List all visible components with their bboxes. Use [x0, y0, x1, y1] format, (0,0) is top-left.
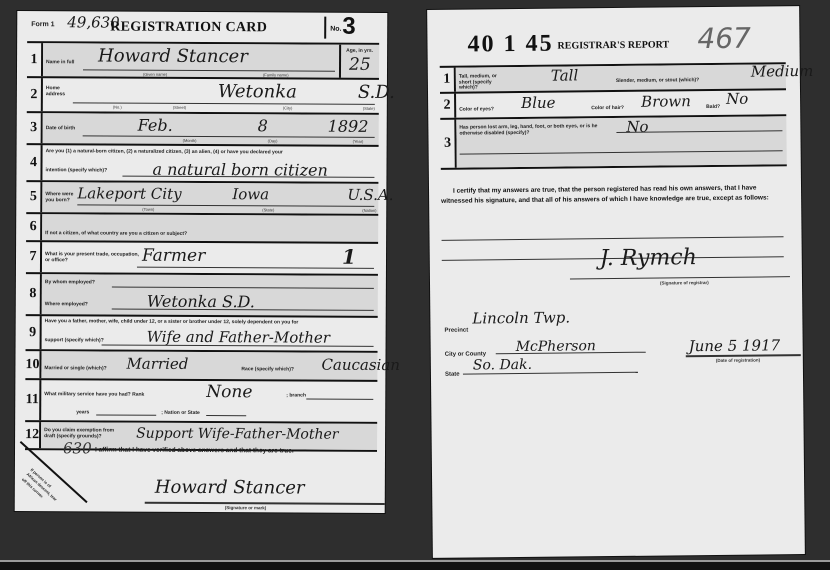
field-line — [306, 399, 373, 400]
field-line — [206, 415, 246, 416]
signature-caption: (Signature or mark) — [225, 505, 267, 510]
row-date-of-birth: 3 Date of birth Feb. 8 1892 (Month) (Day… — [27, 111, 379, 145]
signature-line — [145, 502, 385, 505]
row-dependents: 9 Have you a father, mother, wife, child… — [26, 314, 378, 351]
military-answer: None — [206, 382, 252, 402]
birth-town: Lakeport City — [77, 184, 181, 203]
sub-caption: (Month) — [183, 138, 197, 143]
sub-caption: (State) — [363, 106, 375, 111]
row-body: Are you (1) a natural-born citizen, (2) … — [42, 145, 378, 182]
hair-color-answer: Brown — [641, 92, 691, 111]
marital-answer: Married — [126, 355, 188, 373]
date-line — [686, 354, 801, 357]
question-rows: 1 Name in full Howard Stancer (Given nam… — [25, 41, 379, 452]
field-line — [102, 344, 374, 346]
row-birthplace: 5 Where were you born? Lakeport City Iow… — [26, 180, 378, 214]
row-number: 7 — [26, 242, 42, 272]
row-number: 11 — [25, 380, 41, 420]
row-number: 2 — [440, 94, 456, 118]
field-label: Bald? — [706, 105, 720, 111]
field-label: Color of eyes? — [459, 107, 494, 113]
registrar-caption: (Signature of registrar) — [660, 280, 709, 286]
card-number-label: No. — [330, 26, 341, 33]
age-box: Age, in yrs. 25 — [339, 45, 379, 78]
registration-card: Form 1 49,630 REGISTRATION CARD No. 3 1 … — [15, 11, 388, 513]
report-number: 40 1 45 — [467, 31, 553, 59]
row-number: 3 — [27, 113, 43, 143]
row-number: 1 — [440, 68, 456, 92]
row-number: 1 — [27, 43, 43, 76]
field-label: years — [76, 410, 89, 416]
report-stamp: 467 — [697, 22, 751, 56]
row-body: Name in full Howard Stancer (Given name)… — [43, 43, 379, 78]
occupation-mark: 1 — [342, 245, 356, 269]
birth-nation: U.S.A. — [347, 186, 393, 204]
date-caption: (Date of registration) — [716, 357, 760, 362]
build-answer: Medium — [751, 62, 814, 81]
row-body: Where were you born? Lakeport City Iowa … — [42, 182, 378, 214]
field-label: Do you claim exemption from draft (speci… — [44, 428, 124, 439]
field-label: Married or single (which)? — [44, 366, 106, 372]
registrant-signature: Howard Stancer — [155, 477, 305, 499]
field-line — [83, 69, 335, 71]
row-number: 2 — [27, 78, 43, 111]
row-number: 8 — [26, 274, 42, 314]
race-answer: Caucasian — [321, 356, 400, 374]
exception-line — [442, 236, 784, 241]
sub-caption: (State) — [262, 207, 274, 212]
row-foreign-citizenship: 6 If not a citizen, of what country are … — [26, 212, 378, 242]
field-line — [112, 287, 374, 289]
row-body: Tall, medium, or short (specify which)? … — [456, 64, 786, 91]
row-body: Married or single (which)? Married Race … — [41, 351, 377, 380]
field-label: Where employed? — [45, 302, 88, 308]
row-body: If not a citizen, of what country are yo… — [42, 214, 378, 242]
form-label: Form 1 — [31, 21, 54, 29]
question-text: Have you a father, mother, wife, child u… — [45, 319, 299, 326]
row-name: 1 Name in full Howard Stancer (Given nam… — [27, 41, 379, 78]
scanner-bottom-edge — [0, 560, 830, 570]
field-label: ; branch — [286, 393, 306, 399]
field-label: If not a citizen, of what country are yo… — [45, 231, 187, 237]
row-body: Has person lost arm, leg, hand, foot, or… — [456, 116, 786, 167]
row-body: Date of birth Feb. 8 1892 (Month) (Day) … — [43, 113, 379, 145]
field-label: Name in full — [46, 60, 74, 66]
sub-caption: (No.) — [113, 105, 122, 110]
card-number-value: 3 — [342, 13, 356, 41]
row-citizenship: 4 Are you (1) a natural-born citizen, (2… — [26, 143, 378, 182]
field-label: Date of birth — [46, 126, 75, 132]
question-text: Are you (1) a natural-born citizen, (2) … — [46, 149, 283, 156]
field-line — [96, 414, 156, 415]
state-label: State — [445, 372, 460, 379]
exemption-answer: Support Wife-Father-Mother — [136, 426, 338, 443]
occupation-answer: Farmer — [142, 246, 205, 266]
sub-caption: (Nation) — [362, 208, 376, 213]
row-occupation: 7 What is your present trade, occupation… — [26, 240, 378, 274]
field-label: Tall, medium, or short (specify which)? — [459, 74, 509, 91]
field-line — [83, 135, 375, 138]
state-value: So. Dak. — [473, 357, 532, 374]
dependents-answer: Wife and Father-Mother — [147, 328, 330, 347]
card-number-box: No. 3 — [324, 17, 366, 39]
sub-caption: (Town) — [142, 207, 154, 212]
row-height-build: 1 Tall, medium, or short (specify which)… — [440, 62, 786, 92]
field-label: What military service have you had? Rank — [44, 392, 144, 398]
affirmation-number: 630 — [63, 439, 92, 457]
birth-year: 1892 — [328, 117, 369, 136]
certification-text: I certify that my answers are true, that… — [441, 183, 783, 207]
bald-answer: No — [726, 90, 748, 108]
field-line — [77, 204, 374, 207]
row-disability: 3 Has person lost arm, leg, hand, foot, … — [440, 114, 787, 170]
row-body: By whom employed? Where employed? Wetonk… — [42, 274, 378, 316]
registrar-report-card: 40 1 45 REGISTRAR'S REPORT 467 1 Tall, m… — [427, 6, 805, 558]
field-label: Slender, medium, or stout (which)? — [616, 78, 699, 84]
field-line — [460, 150, 783, 154]
field-label: By whom employed? — [45, 280, 95, 286]
registration-date: June 5 1917 — [689, 336, 781, 355]
report-rows: 1 Tall, medium, or short (specify which)… — [440, 62, 787, 170]
birth-state: Iowa — [232, 185, 269, 203]
row-number: 12 — [25, 422, 41, 448]
field-label: Race (specify which)? — [241, 367, 294, 373]
report-header: 40 1 45 REGISTRAR'S REPORT 467 — [427, 6, 799, 55]
sub-caption: (Street) — [173, 105, 186, 110]
row-military-service: 11 What military service have you had? R… — [25, 378, 377, 422]
registrar-signature: J. Rymch — [600, 245, 697, 271]
field-label: Color of hair? — [591, 106, 624, 112]
address-state: S.D. — [358, 82, 395, 103]
row-body: What military service have you had? Rank… — [41, 380, 377, 422]
field-label: Where were you born? — [45, 192, 75, 203]
precinct-label: Precinct — [444, 328, 468, 335]
report-title: REGISTRAR'S REPORT — [557, 39, 669, 51]
row-body: Color of eyes? Blue Color of hair? Brown… — [456, 90, 786, 117]
height-answer: Tall — [551, 66, 579, 84]
row-body: What is your present trade, occupation, … — [42, 242, 378, 274]
field-label: Has person lost arm, leg, hand, foot, or… — [459, 124, 599, 136]
disability-answer: No — [626, 118, 648, 136]
card-header: Form 1 49,630 REGISTRATION CARD No. 3 — [17, 11, 387, 43]
age-value: 25 — [349, 55, 371, 75]
age-label: Age, in yrs. — [346, 49, 373, 55]
card-title: REGISTRATION CARD — [110, 20, 267, 37]
sub-caption: (City) — [283, 105, 293, 110]
registrar-signature-line — [570, 276, 790, 279]
row-number: 10 — [25, 351, 41, 378]
field-line — [137, 267, 374, 269]
birth-month: Feb. — [138, 116, 173, 135]
precinct-value: Lincoln Twp. — [472, 308, 570, 327]
address-city: Wetonka — [218, 81, 297, 102]
row-home-address: 2 Home address Wetonka S.D. (No.) (Stree… — [27, 76, 379, 113]
field-label: support (specify which)? — [45, 338, 104, 344]
eye-color-answer: Blue — [521, 94, 556, 112]
row-body: Have you a father, mother, wife, child u… — [42, 316, 378, 351]
row-number: 3 — [440, 120, 457, 168]
row-employer: 8 By whom employed? Where employed? Weto… — [26, 272, 378, 316]
field-label: What is your present trade, occupation, … — [45, 252, 140, 263]
row-number: 4 — [26, 145, 42, 180]
sub-caption: (Day) — [268, 138, 278, 143]
row-number: 5 — [26, 182, 42, 212]
birth-day: 8 — [258, 116, 268, 135]
row-number: 9 — [26, 316, 42, 349]
field-label: ; Nation or State — [161, 411, 200, 417]
sub-caption: (Year) — [353, 139, 364, 144]
row-marital-race: 10 Married or single (which)? Married Ra… — [25, 349, 377, 380]
row-number: 6 — [26, 214, 42, 240]
field-label: Home address — [46, 86, 74, 97]
name-answer: Howard Stancer — [98, 45, 248, 67]
row-body: Home address Wetonka S.D. (No.) (Street)… — [43, 78, 379, 113]
field-label: intention (specify which)? — [45, 168, 107, 174]
affirmation-text: I affirm that I have verified above answ… — [95, 446, 294, 454]
row-eyes-hair: 2 Color of eyes? Blue Color of hair? Bro… — [440, 88, 786, 118]
